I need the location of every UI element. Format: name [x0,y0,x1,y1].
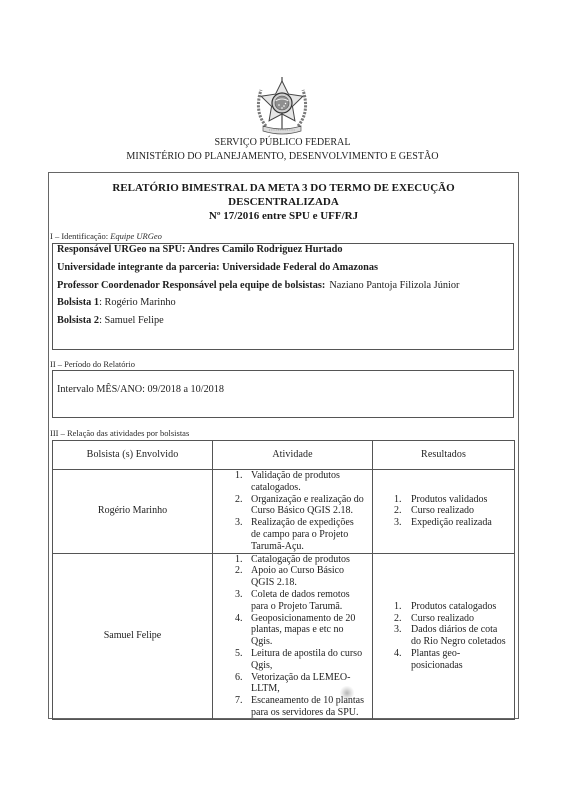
table-row: Samuel Felipe 1.Catalogação de produtos … [53,553,515,719]
field-value: : Rogério Marinho [99,297,176,308]
field-label: Professor Coordenador Responsável pela e… [57,280,325,291]
field-label: Responsável URGeo na SPU: [57,244,187,255]
field-value: Andres Camilo Rodriguez Hurtado [187,244,342,255]
item-number: 2. [394,505,411,517]
result-item: 3.Expedição realizada [394,517,514,529]
result-list: 1.Produtos catalogados 2.Curso realizado… [373,553,515,719]
bolsista-name: Samuel Felipe [53,553,213,719]
field-label: Bolsista 2 [57,315,99,326]
table-row: Rogério Marinho 1.Validação de produtos … [53,470,515,554]
scan-artifact [340,686,354,700]
field-value: Naziano Pantoja Filizola Júnior [329,280,459,291]
item-text: Leitura de apostila do curso Qgis, [251,648,365,672]
column-header-resultados: Resultados [373,441,515,470]
item-number: 1. [235,554,251,566]
report-title: RELATÓRIO BIMESTRAL DA META 3 DO TERMO D… [48,181,519,223]
section-activities-label: III – Relação das atividades por bolsist… [50,428,189,439]
item-number: 7. [235,695,251,719]
result-item: 2.Curso realizado [394,613,514,625]
table-header-row: Bolsista (s) Envolvido Atividade Resulta… [53,441,515,470]
header-ministry-name: MINISTÉRIO DO PLANEJAMENTO, DESENVOLVIME… [0,151,565,163]
identification-fields: Responsável URGeo na SPU: Andres Camilo … [57,241,459,330]
item-number: 3. [394,624,411,648]
activities-table: Bolsista (s) Envolvido Atividade Resulta… [52,440,515,720]
result-list: 1.Produtos validados 2.Curso realizado 3… [373,470,515,554]
result-item: 4.Plantas geo-posicionadas [394,648,514,672]
field-value: Universidade Federal do Amazonas [222,262,378,273]
activity-list: 1.Validação de produtos catalogados. 2.O… [213,470,373,554]
result-item: 1.Produtos validados [394,494,514,506]
item-number: 3. [235,517,251,552]
item-number: 6. [235,672,251,696]
section-identification-team: Equipe URGeo [110,231,162,241]
item-number: 1. [394,494,411,506]
item-number: 2. [235,565,251,589]
field-label: Universidade integrante da parceria: [57,262,222,273]
field-value: : Samuel Felipe [99,315,164,326]
activity-item: 2.Organização e realização do Curso Bási… [235,494,372,518]
field-bolsista-1: Bolsista 1: Rogério Marinho [57,294,459,312]
column-header-bolsista: Bolsista (s) Envolvido [53,441,213,470]
item-number: 4. [394,648,411,672]
item-text: Plantas geo-posicionadas [411,648,508,672]
item-number: 1. [235,470,251,494]
item-text: Geoposicionamento de 20 plantas, mapas e… [251,613,365,648]
item-number: 2. [394,613,411,625]
field-responsavel: Responsável URGeo na SPU: Andres Camilo … [57,241,459,259]
field-professor-coordenador: Professor Coordenador Responsável pela e… [57,277,459,295]
item-text: Dados diários de cota do Rio Negro colet… [411,624,508,648]
item-number: 4. [235,613,251,648]
title-line-2: DESCENTRALIZADA [48,195,519,209]
activity-item: 3.Coleta de dados remotos para o Projeto… [235,589,372,613]
item-number: 5. [235,648,251,672]
field-universidade: Universidade integrante da parceria: Uni… [57,259,459,277]
item-text: Curso realizado [411,505,508,517]
brazil-coat-of-arms-icon [251,75,313,137]
activity-item: 1.Catalogação de produtos [235,554,372,566]
result-item: 2.Curso realizado [394,505,514,517]
item-text: Validação de produtos catalogados. [251,470,365,494]
item-number: 2. [235,494,251,518]
bolsista-name: Rogério Marinho [53,470,213,554]
title-line-1: RELATÓRIO BIMESTRAL DA META 3 DO TERMO D… [48,181,519,195]
field-bolsista-2: Bolsista 2: Samuel Felipe [57,312,459,330]
coat-of-arms-graphic [251,75,313,137]
period-interval: Intervalo MÊS/ANO: 09/2018 a 10/2018 [57,384,224,396]
item-text: Coleta de dados remotos para o Projeto T… [251,589,365,613]
header-service-name: SERVIÇO PÚBLICO FEDERAL [0,137,565,149]
item-text: Expedição realizada [411,517,508,529]
activity-item: 5.Leitura de apostila do curso Qgis, [235,648,372,672]
activity-item: 1.Validação de produtos catalogados. [235,470,372,494]
item-number: 3. [235,589,251,613]
result-item: 1.Produtos catalogados [394,601,514,613]
column-header-atividade: Atividade [213,441,373,470]
item-text: Produtos validados [411,494,508,506]
item-text: Curso realizado [411,613,508,625]
activity-item: 3.Realização de expedições de campo para… [235,517,372,552]
item-text: Realização de expedições de campo para o… [251,517,365,552]
item-number: 1. [394,601,411,613]
item-number: 3. [394,517,411,529]
title-line-3: Nº 17/2016 entre SPU e UFF/RJ [48,209,519,223]
section-period-label: II – Período do Relatório [50,359,135,370]
item-text: Apoio ao Curso Básico QGIS 2.18. [251,565,365,589]
result-item: 3.Dados diários de cota do Rio Negro col… [394,624,514,648]
item-text: Produtos catalogados [411,601,508,613]
section-identification-label-text: I – Identificação: [50,231,110,241]
item-text: Organização e realização do Curso Básico… [251,494,365,518]
activity-item: 2.Apoio ao Curso Básico QGIS 2.18. [235,565,372,589]
item-text: Catalogação de produtos [251,554,365,566]
activity-item: 4.Geoposicionamento de 20 plantas, mapas… [235,613,372,648]
field-label: Bolsista 1 [57,297,99,308]
